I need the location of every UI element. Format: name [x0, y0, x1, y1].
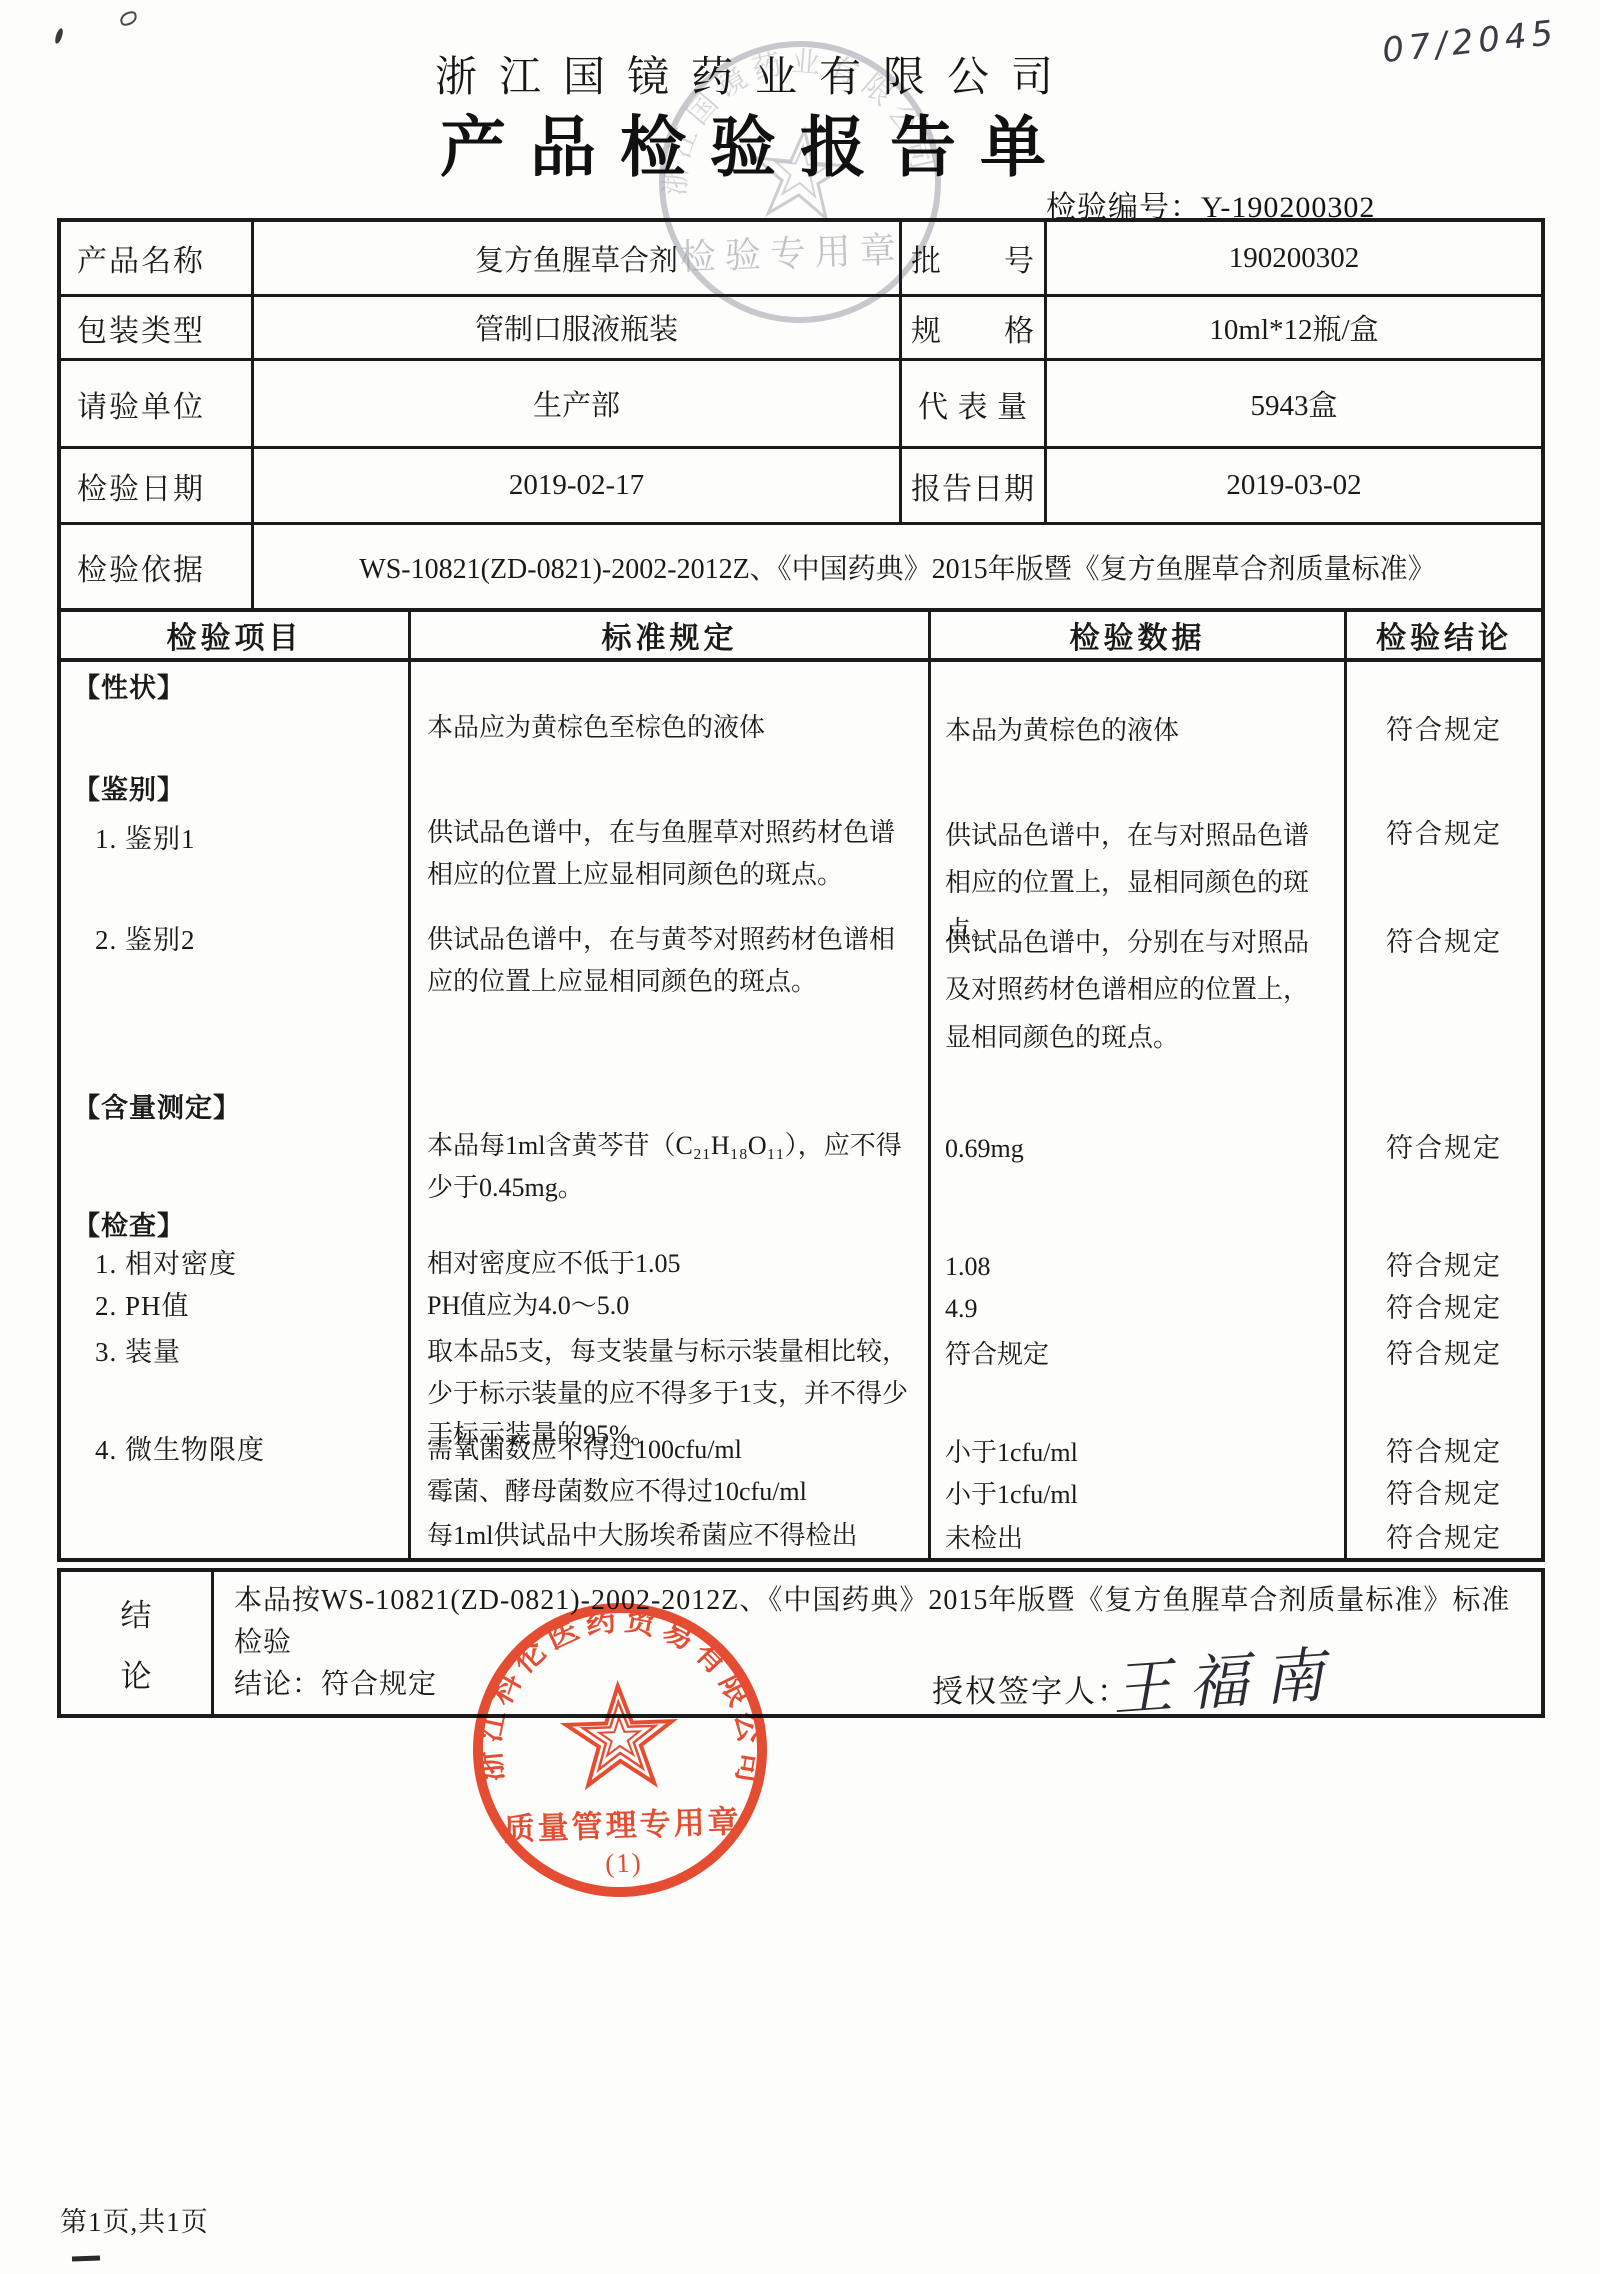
batch-no-label: 批 号 [899, 222, 1044, 294]
item-cell [61, 1510, 408, 1558]
quality-stamp: 浙江科伦医药贸易有限公司 质量管理专用章 (1) [461, 1591, 780, 1910]
standard-cell: 需氧菌数应不得过100cfu/ml [408, 1424, 928, 1466]
table-row: 3. 装量 取本品5支，每支装量与标示装量相比较，少于标示装量的应不得多于1支，… [61, 1326, 1541, 1424]
item-cell [61, 1466, 408, 1510]
conclusion-cell: 符合规定 [1344, 1280, 1541, 1326]
data-cell: 小于1cfu/ml [928, 1424, 1344, 1466]
item-label: 4. 微生物限度 [73, 1428, 402, 1467]
conclusion-label: 结 论 [61, 1572, 211, 1714]
item-label: 1. 相对密度 [73, 1242, 402, 1281]
info-row-basis: 检验依据 WS-10821(ZD-0821)-2002-2012Z、《中国药典》… [61, 522, 1541, 608]
results-table: 检验项目 标准规定 检验数据 检验结论 【性状】 本品应为黄棕色至棕色的液体 本… [57, 608, 1545, 1562]
packaging-type-label: 包装类型 [61, 306, 251, 350]
inspection-date-value: 2019-02-17 [251, 449, 899, 522]
conclusion-cell: 符合规定 [1344, 764, 1541, 914]
table-row: 本品应为黄棕色至棕色的液体 本品为黄棕色的液体 符合规定 [61, 702, 1541, 764]
inspection-basis-value: WS-10821(ZD-0821)-2002-2012Z、《中国药典》2015年… [251, 525, 1541, 608]
conclusion-cell: 符合规定 [1344, 1510, 1541, 1558]
table-row: 【鉴别】 1. 鉴别1 供试品色谱中，在与鱼腥草对照药材色谱相应的位置上应显相同… [61, 764, 1541, 914]
conclusion-label-char: 论 [121, 1651, 152, 1696]
ink-speck [119, 10, 138, 26]
conclusion-cell [1344, 1200, 1541, 1238]
info-table: 产品名称 复方鱼腥草合剂 批 号 190200302 包装类型 管制口服液瓶装 … [57, 218, 1545, 612]
data-cell: 符合规定 [928, 1326, 1344, 1424]
results-table-header: 检验项目 标准规定 检验数据 检验结论 [61, 612, 1541, 662]
inspection-date-label: 检验日期 [61, 464, 251, 508]
table-row: 【含量测定】 [61, 1082, 1541, 1120]
report-date-label: 报告日期 [899, 449, 1044, 522]
page-footer: 第1页,共1页 [60, 2200, 209, 2239]
standard-cell: 本品每1ml含黄芩苷（C₂₁H₁₈O₁₁），应不得少于0.45mg。 [408, 1120, 928, 1200]
table-row: 每1ml供试品中大肠埃希菌应不得检出 未检出 符合规定 [61, 1510, 1541, 1558]
conclusion-cell [1344, 1082, 1541, 1120]
data-cell [928, 1082, 1344, 1120]
info-row-packaging: 包装类型 管制口服液瓶装 规 格 10ml*12瓶/盒 [61, 294, 1541, 358]
table-row: 2. PH值 PH值应为4.0～5.0 4.9 符合规定 [61, 1280, 1541, 1326]
quality-stamp-title: 质量管理专用章 [503, 1804, 742, 1847]
data-cell: 供试品色谱中，分别在与对照品及对照药材色谱相应的位置上，显相同颜色的斑点。 [928, 914, 1344, 1082]
standard-cell: PH值应为4.0～5.0 [408, 1280, 928, 1326]
request-unit-value: 生产部 [251, 361, 899, 446]
data-cell: 小于1cfu/ml [928, 1466, 1344, 1510]
data-cell: 供试品色谱中，在与对照品色谱相应的位置上，显相同颜色的斑点。 [928, 764, 1344, 914]
inspection-report-page: 07/2045 浙江国镜药业有限公司 产品检验报告单 检验编号：Y-190200… [0, 0, 1600, 2274]
conclusion-cell [1344, 662, 1541, 702]
standard-cell: 相对密度应不低于1.05 [408, 1238, 928, 1280]
quantity-label: 代 表 量 [899, 361, 1044, 446]
table-row: 【性状】 [61, 662, 1541, 702]
standard-cell [408, 1082, 928, 1120]
svg-text:浙江国镜药业有限公司: 浙江国镜药业有限公司 [658, 34, 949, 219]
header-data: 检验数据 [928, 612, 1344, 658]
request-unit-label: 请验单位 [61, 382, 251, 426]
quality-stamp-star [565, 1684, 674, 1786]
header-standard: 标准规定 [408, 612, 928, 658]
conclusion-label-char: 结 [121, 1590, 152, 1635]
item-cell [61, 702, 408, 764]
standard-cell: 供试品色谱中，在与黄芩对照药材色谱相应的位置上应显相同颜色的斑点。 [408, 914, 928, 1082]
batch-no-value: 190200302 [1044, 222, 1541, 294]
data-cell: 0.69mg [928, 1120, 1344, 1200]
data-cell [928, 1200, 1344, 1238]
data-cell: 4.9 [928, 1280, 1344, 1326]
data-cell: 未检出 [928, 1510, 1344, 1558]
info-row-requester: 请验单位 生产部 代 表 量 5943盒 [61, 358, 1541, 446]
standard-cell: 本品应为黄棕色至棕色的液体 [408, 702, 928, 764]
standard-cell: 取本品5支，每支装量与标示装量相比较，少于标示装量的应不得多于1支，并不得少于标… [408, 1326, 928, 1424]
authorized-signatory-label: 授权签字人： [932, 1666, 1130, 1711]
conclusion-cell: 符合规定 [1344, 702, 1541, 764]
info-row-product: 产品名称 复方鱼腥草合剂 批 号 190200302 [61, 222, 1541, 294]
conclusion-cell: 符合规定 [1344, 1326, 1541, 1424]
inspection-basis-label: 检验依据 [61, 545, 251, 589]
conclusion-cell: 符合规定 [1344, 1466, 1541, 1510]
item-label: 3. 装量 [73, 1330, 402, 1369]
info-row-dates: 检验日期 2019-02-17 报告日期 2019-03-02 [61, 446, 1541, 522]
spec-label: 规 格 [899, 297, 1044, 358]
signature-handwriting: 王福南 [1111, 1625, 1354, 1728]
table-row: 1. 相对密度 相对密度应不低于1.05 1.08 符合规定 [61, 1238, 1541, 1280]
quality-stamp-number: (1) [605, 1847, 644, 1878]
header-conclusion: 检验结论 [1344, 612, 1541, 658]
data-cell: 本品为黄棕色的液体 [928, 702, 1344, 764]
conclusion-cell: 符合规定 [1344, 1424, 1541, 1466]
data-cell: 1.08 [928, 1238, 1344, 1280]
product-name-label: 产品名称 [61, 236, 251, 280]
ink-speck [72, 2256, 100, 2262]
ink-speck [54, 27, 65, 44]
conclusion-cell: 符合规定 [1344, 1120, 1541, 1200]
packaging-type-value: 管制口服液瓶装 [251, 297, 899, 358]
table-row: 4. 微生物限度 需氧菌数应不得过100cfu/ml 小于1cfu/ml 符合规… [61, 1424, 1541, 1466]
item-label: 2. 鉴别2 [73, 918, 402, 957]
item-cell [61, 1120, 408, 1200]
table-row: 本品每1ml含黄芩苷（C₂₁H₁₈O₁₁），应不得少于0.45mg。 0.69m… [61, 1120, 1541, 1200]
standard-cell: 每1ml供试品中大肠埃希菌应不得检出 [408, 1510, 928, 1558]
table-row: 霉菌、酵母菌数应不得过10cfu/ml 小于1cfu/ml 符合规定 [61, 1466, 1541, 1510]
table-row: 2. 鉴别2 供试品色谱中，在与黄芩对照药材色谱相应的位置上应显相同颜色的斑点。… [61, 914, 1541, 1082]
data-cell [928, 662, 1344, 702]
conclusion-cell: 符合规定 [1344, 914, 1541, 1082]
item-label: 1. 鉴别1 [73, 817, 402, 856]
inspection-stamp-star [751, 126, 850, 220]
standard-cell [408, 662, 928, 702]
section-label: 【性状】 [73, 666, 402, 705]
header-item: 检验项目 [61, 612, 408, 658]
report-date-value: 2019-03-02 [1044, 449, 1541, 522]
table-row: 【检查】 [61, 1200, 1541, 1238]
conclusion-cell: 符合规定 [1344, 1238, 1541, 1280]
inspection-stamp-company: 浙江国镜药业有限公司 [658, 34, 949, 219]
item-label: 2. PH值 [73, 1284, 402, 1323]
standard-cell: 供试品色谱中，在与鱼腥草对照药材色谱相应的位置上应显相同颜色的斑点。 [408, 764, 928, 914]
section-label: 【鉴别】 [73, 768, 402, 807]
standard-cell [408, 1200, 928, 1238]
standard-cell: 霉菌、酵母菌数应不得过10cfu/ml [408, 1466, 928, 1510]
product-name-value: 复方鱼腥草合剂 [251, 222, 899, 294]
spec-value: 10ml*12瓶/盒 [1044, 297, 1541, 358]
quantity-value: 5943盒 [1044, 361, 1541, 446]
